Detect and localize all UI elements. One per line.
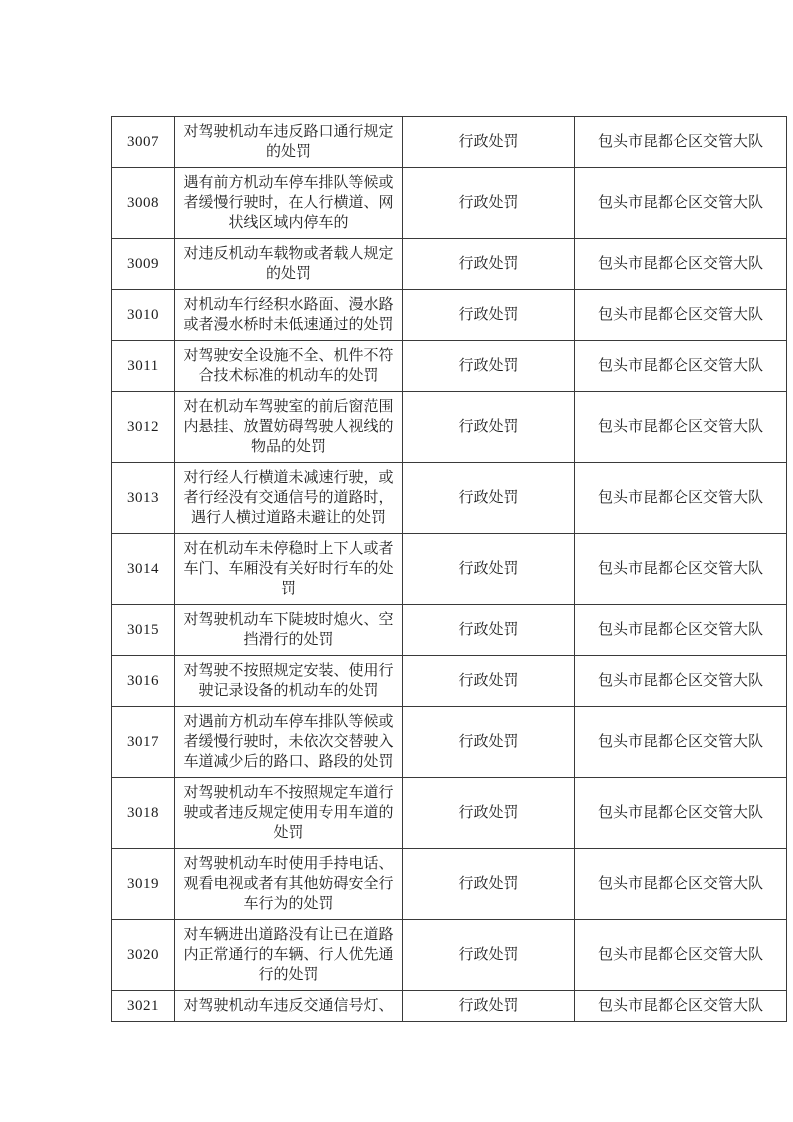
- table-row: 3010 对机动车行经积水路面、漫水路 或者漫水桥时未低速通过的处罚 行政处罚 …: [112, 290, 787, 341]
- violation-code-cell: 3008: [112, 168, 175, 239]
- table-row: 3015 对驾驶机动车下陡坡时熄火、空 挡滑行的处罚 行政处罚 包头市昆都仑区交…: [112, 605, 787, 656]
- agency-cell: 包头市昆都仑区交管大队: [575, 991, 787, 1022]
- agency-cell: 包头市昆都仑区交管大队: [575, 392, 787, 463]
- violation-description-cell: 对违反机动车载物或者载人规定 的处罚: [175, 239, 403, 290]
- agency-cell: 包头市昆都仑区交管大队: [575, 463, 787, 534]
- agency-cell: 包头市昆都仑区交管大队: [575, 605, 787, 656]
- document-page: 3007 对驾驶机动车违反路口通行规定 的处罚 行政处罚 包头市昆都仑区交管大队…: [0, 0, 793, 1122]
- violation-code-cell: 3013: [112, 463, 175, 534]
- violation-code-cell: 3010: [112, 290, 175, 341]
- agency-cell: 包头市昆都仑区交管大队: [575, 707, 787, 778]
- penalty-type-cell: 行政处罚: [403, 920, 575, 991]
- violation-description-cell: 对车辆进出道路没有让已在道路 内正常通行的车辆、行人优先通 行的处罚: [175, 920, 403, 991]
- penalty-type-cell: 行政处罚: [403, 117, 575, 168]
- violation-description-cell: 对驾驶不按照规定安装、使用行 驶记录设备的机动车的处罚: [175, 656, 403, 707]
- agency-cell: 包头市昆都仑区交管大队: [575, 534, 787, 605]
- agency-cell: 包头市昆都仑区交管大队: [575, 290, 787, 341]
- penalty-type-cell: 行政处罚: [403, 849, 575, 920]
- violation-description-cell: 对在机动车未停稳时上下人或者 车门、车厢没有关好时行车的处 罚: [175, 534, 403, 605]
- violation-code-cell: 3019: [112, 849, 175, 920]
- agency-cell: 包头市昆都仑区交管大队: [575, 117, 787, 168]
- violation-code-cell: 3017: [112, 707, 175, 778]
- penalty-type-cell: 行政处罚: [403, 341, 575, 392]
- penalty-type-cell: 行政处罚: [403, 991, 575, 1022]
- violation-description-cell: 对驾驶机动车不按照规定车道行 驶或者违反规定使用专用车道的 处罚: [175, 778, 403, 849]
- penalty-type-cell: 行政处罚: [403, 290, 575, 341]
- penalty-type-cell: 行政处罚: [403, 534, 575, 605]
- violation-description-cell: 对驾驶机动车违反交通信号灯、: [175, 991, 403, 1022]
- violation-description-cell: 对驾驶机动车下陡坡时熄火、空 挡滑行的处罚: [175, 605, 403, 656]
- table-row: 3020 对车辆进出道路没有让已在道路 内正常通行的车辆、行人优先通 行的处罚 …: [112, 920, 787, 991]
- violation-code-cell: 3011: [112, 341, 175, 392]
- violation-description-cell: 对驾驶机动车时使用手持电话、 观看电视或者有其他妨碍安全行 车行为的处罚: [175, 849, 403, 920]
- table-row: 3012 对在机动车驾驶室的前后窗范围 内悬挂、放置妨碍驾驶人视线的 物品的处罚…: [112, 392, 787, 463]
- penalty-type-cell: 行政处罚: [403, 168, 575, 239]
- violation-description-cell: 对驾驶机动车违反路口通行规定 的处罚: [175, 117, 403, 168]
- penalty-type-cell: 行政处罚: [403, 392, 575, 463]
- violation-description-cell: 对机动车行经积水路面、漫水路 或者漫水桥时未低速通过的处罚: [175, 290, 403, 341]
- violation-description-cell: 遇有前方机动车停车排队等候或 者缓慢行驶时，在人行横道、网 状线区域内停车的: [175, 168, 403, 239]
- violation-code-cell: 3020: [112, 920, 175, 991]
- agency-cell: 包头市昆都仑区交管大队: [575, 778, 787, 849]
- table-row: 3021 对驾驶机动车违反交通信号灯、 行政处罚 包头市昆都仑区交管大队: [112, 991, 787, 1022]
- table-row: 3008 遇有前方机动车停车排队等候或 者缓慢行驶时，在人行横道、网 状线区域内…: [112, 168, 787, 239]
- violation-code-cell: 3014: [112, 534, 175, 605]
- penalty-table-body: 3007 对驾驶机动车违反路口通行规定 的处罚 行政处罚 包头市昆都仑区交管大队…: [112, 117, 787, 1022]
- violation-description-cell: 对驾驶安全设施不全、机件不符 合技术标准的机动车的处罚: [175, 341, 403, 392]
- violation-description-cell: 对在机动车驾驶室的前后窗范围 内悬挂、放置妨碍驾驶人视线的 物品的处罚: [175, 392, 403, 463]
- violation-code-cell: 3021: [112, 991, 175, 1022]
- violation-description-cell: 对遇前方机动车停车排队等候或 者缓慢行驶时，未依次交替驶入 车道减少后的路口、路…: [175, 707, 403, 778]
- violation-code-cell: 3016: [112, 656, 175, 707]
- table-row: 3016 对驾驶不按照规定安装、使用行 驶记录设备的机动车的处罚 行政处罚 包头…: [112, 656, 787, 707]
- violation-code-cell: 3012: [112, 392, 175, 463]
- violation-description-cell: 对行经人行横道未减速行驶，或 者行经没有交通信号的道路时， 遇行人横过道路未避让…: [175, 463, 403, 534]
- table-row: 3013 对行经人行横道未减速行驶，或 者行经没有交通信号的道路时， 遇行人横过…: [112, 463, 787, 534]
- penalty-type-cell: 行政处罚: [403, 707, 575, 778]
- violation-code-cell: 3009: [112, 239, 175, 290]
- violation-code-cell: 3018: [112, 778, 175, 849]
- violation-code-cell: 3007: [112, 117, 175, 168]
- penalty-type-cell: 行政处罚: [403, 605, 575, 656]
- agency-cell: 包头市昆都仑区交管大队: [575, 341, 787, 392]
- table-row: 3011 对驾驶安全设施不全、机件不符 合技术标准的机动车的处罚 行政处罚 包头…: [112, 341, 787, 392]
- table-row: 3009 对违反机动车载物或者载人规定 的处罚 行政处罚 包头市昆都仑区交管大队: [112, 239, 787, 290]
- agency-cell: 包头市昆都仑区交管大队: [575, 920, 787, 991]
- penalty-table: 3007 对驾驶机动车违反路口通行规定 的处罚 行政处罚 包头市昆都仑区交管大队…: [111, 116, 787, 1022]
- penalty-type-cell: 行政处罚: [403, 239, 575, 290]
- agency-cell: 包头市昆都仑区交管大队: [575, 239, 787, 290]
- penalty-type-cell: 行政处罚: [403, 463, 575, 534]
- table-row: 3014 对在机动车未停稳时上下人或者 车门、车厢没有关好时行车的处 罚 行政处…: [112, 534, 787, 605]
- penalty-type-cell: 行政处罚: [403, 656, 575, 707]
- table-row: 3019 对驾驶机动车时使用手持电话、 观看电视或者有其他妨碍安全行 车行为的处…: [112, 849, 787, 920]
- table-row: 3018 对驾驶机动车不按照规定车道行 驶或者违反规定使用专用车道的 处罚 行政…: [112, 778, 787, 849]
- agency-cell: 包头市昆都仑区交管大队: [575, 168, 787, 239]
- agency-cell: 包头市昆都仑区交管大队: [575, 849, 787, 920]
- violation-code-cell: 3015: [112, 605, 175, 656]
- table-row: 3017 对遇前方机动车停车排队等候或 者缓慢行驶时，未依次交替驶入 车道减少后…: [112, 707, 787, 778]
- agency-cell: 包头市昆都仑区交管大队: [575, 656, 787, 707]
- table-row: 3007 对驾驶机动车违反路口通行规定 的处罚 行政处罚 包头市昆都仑区交管大队: [112, 117, 787, 168]
- penalty-type-cell: 行政处罚: [403, 778, 575, 849]
